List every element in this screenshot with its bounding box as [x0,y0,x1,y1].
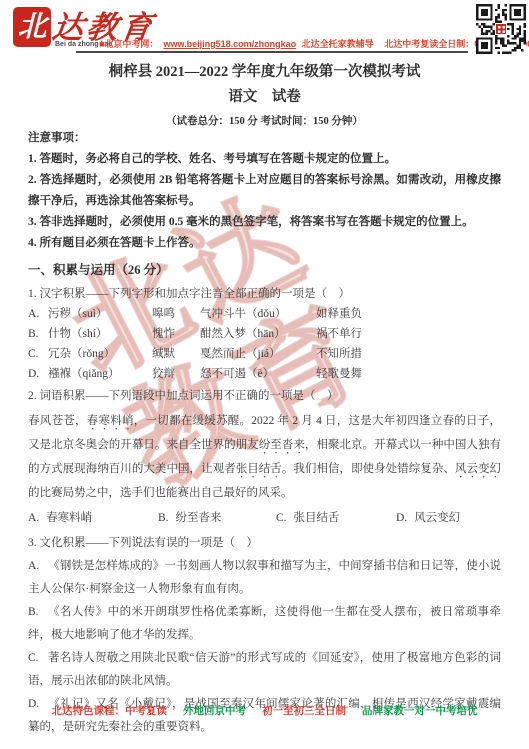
q1-stem: 1. 汉字积累——下列字形和加点字注音全部正确的一项是（ ） [28,284,501,304]
notice-item: 4. 所有题目必须在答题卡上作答。 [28,233,501,254]
q2-stem: 2. 词语积累——下列语段中加点词运用不正确的一项是（ ） [28,386,501,406]
option-cell: 冗杂（rǒng） [48,344,152,364]
option-cell: 气冲斗牛（dǒu） [200,304,316,324]
option-cell: 戛然而止（jiá） [200,344,316,364]
option-text: 《钢铁是怎样炼成的》一书刻画人物以叙事和描写为主，中间穿插书信和日记等，使小说主… [28,560,501,595]
option-text: 张目结舌 [294,512,340,524]
passage-text: 。我们相信，即使身处错综复杂、 [282,463,455,475]
passage-text: 春风苍苍， [28,415,87,427]
q1-options: A.污秽（suì）嗥鸣气冲斗牛（dǒu）如释重负B.什物（shí）愧怍酣然入梦（… [28,304,501,384]
q3-stem: 3. 文化积累——下列说法有误的一项是（ ） [28,532,501,555]
section-heading: 一、积累与运用（26 分） [28,259,501,282]
q1-option-row: A.污秽（suì）嗥鸣气冲斗牛（dǒu）如释重负 [28,304,501,324]
q1-option-row: D.襁褓（qiǎng）狡辩怒不可遏（è）轻歌曼舞 [28,364,501,384]
q2-option: B.纷至沓来 [158,506,276,530]
option-label: C. [28,344,48,364]
option-label: A. [28,560,39,572]
title-block: 桐梓县 2021—2022 学年度九年级第一次模拟考试 语文 试卷 （试卷总分：… [0,60,529,133]
option-label: D. [396,512,407,524]
option-cell: 不知所措 [316,344,362,364]
option-label: D. [28,364,48,384]
option-cell: 什物（shí） [48,324,152,344]
q2-options: A.春寒料峭B.纷至沓来C.张目结舌D.风云变幻 [28,506,501,530]
q2-option: D.风云变幻 [396,506,460,530]
option-cell: 污秽（suì） [48,304,152,324]
q1-option-row: B.什物（shí）愧怍酣然入梦（hān）祸不单行 [28,324,501,344]
dotted-word: 春寒料峭 [87,415,134,427]
q3-option: A.《钢铁是怎样炼成的》一书刻画人物以叙事和描写为主，中间穿插书信和日记等，使小… [28,555,501,601]
header-info-mid: 北达全托家教辅导 [302,39,374,49]
notice-heading: 注意事项： [28,128,501,149]
option-text: 纷至沓来 [176,512,222,524]
footer-segment: 北达特色课程：中考复读 [52,705,168,717]
q3-option: B.《名人传》中的米开朗琪罗性格优柔寡断，这使得他一生都在受人摆布，被日常琐事牵… [28,601,501,647]
option-label: A. [28,304,48,324]
logo-seal-icon: 北 [13,7,51,47]
option-cell: 祸不单行 [316,324,362,344]
exam-title: 桐梓县 2021—2022 学年度九年级第一次模拟考试 [0,60,529,84]
notice-item: 1. 答题时，务必将自己的学校、姓名、考号填写在答题卡规定的位置上。 [28,149,501,170]
dotted-word: 纷至沓来 [259,439,305,451]
option-label: B. [28,606,39,618]
footer-courses-line: 北达特色课程：中考复读外地回京中考初一至初三全日制品牌家教一对一中考培优 [0,703,529,718]
footer-segment: 外地回京中考 [183,705,246,717]
dotted-word: 风云变幻 [455,463,501,475]
option-label: A. [28,512,39,524]
footer-segment: 品牌家教一对一中考培优 [362,705,478,717]
option-label: C. [28,652,39,664]
header: 北 达教育 Bei da zhong kao ■北京中考网：www.beijin… [0,0,529,58]
option-text: 风云变幻 [414,512,460,524]
header-info-line: ■北京中考网：www.beijing518.com/zhongkao 北达全托家… [99,37,529,50]
option-cell: 缄默 [152,344,200,364]
option-cell: 狡辩 [152,364,200,384]
passage-text: 的比赛局势之中，选手们也能赛出自己最好的风采。 [28,487,293,499]
document-body: 注意事项： 1. 答题时，务必将自己的学校、姓名、考号填写在答题卡规定的位置上。… [28,128,501,739]
q1-option-row: C.冗杂（rǒng）缄默戛然而止（jiá）不知所措 [28,344,501,364]
option-cell: 轻歌曼舞 [316,364,362,384]
option-cell: 怒不可遏（è） [200,364,316,384]
notice-block: 注意事项： 1. 答题时，务必将自己的学校、姓名、考号填写在答题卡规定的位置上。… [28,128,501,254]
notice-list: 1. 答题时，务必将自己的学校、姓名、考号填写在答题卡规定的位置上。2. 答选择… [28,149,501,254]
option-cell: 如释重负 [316,304,362,324]
notice-item: 2. 答选择题时，必须使用 2B 铅笔将答题卡上对应题目的答案标号涂黑。如需改动… [28,170,501,212]
option-text: 著名诗人贺敬之用陕北民歌“信天游”的形式写成的《回延安》，使用了极富地方色彩的词… [28,652,501,687]
header-website-link[interactable]: www.beijing518.com/zhongkao [163,39,296,49]
option-label: C. [276,512,287,524]
option-text: 《名人传》中的米开朗琪罗性格优柔寡断，这使得他一生都在受人摆布，被日常琐事牵绊，… [28,606,501,641]
option-cell: 酣然入梦（hān） [200,324,316,344]
q3-option: C.著名诗人贺敬之用陕北民歌“信天游”的形式写成的《回延安》，使用了极富地方色彩… [28,647,501,693]
q2-option: C.张目结舌 [276,506,396,530]
qr-code-icon [476,4,526,54]
header-divider [76,51,468,53]
option-cell: 襁褓（qiǎng） [48,364,152,384]
q2-option: A.春寒料峭 [28,506,158,530]
dotted-word: 张目结舌 [236,463,282,475]
option-label: B. [158,512,169,524]
footer-segment: 初一至初三全日制 [262,705,346,717]
q2-passage: 春风苍苍，春寒料峭，一切都在缓缓苏醒。2022 年 2 月 4 日，这是大年初四… [28,409,501,505]
notice-item: 3. 答非选择题时，必须使用 0.5 毫米的黑色签字笔，将答案书写在答题卡规定的… [28,212,501,233]
page: { "header": { "logo": { "seal_char": "北"… [0,0,529,749]
option-cell: 愧怍 [152,324,200,344]
option-text: 春寒料峭 [46,512,92,524]
header-info-prefix: ■北京中考网： [99,39,158,49]
option-cell: 嗥鸣 [152,304,200,324]
option-label: B. [28,324,48,344]
exam-subject: 语文 试卷 [0,84,529,110]
